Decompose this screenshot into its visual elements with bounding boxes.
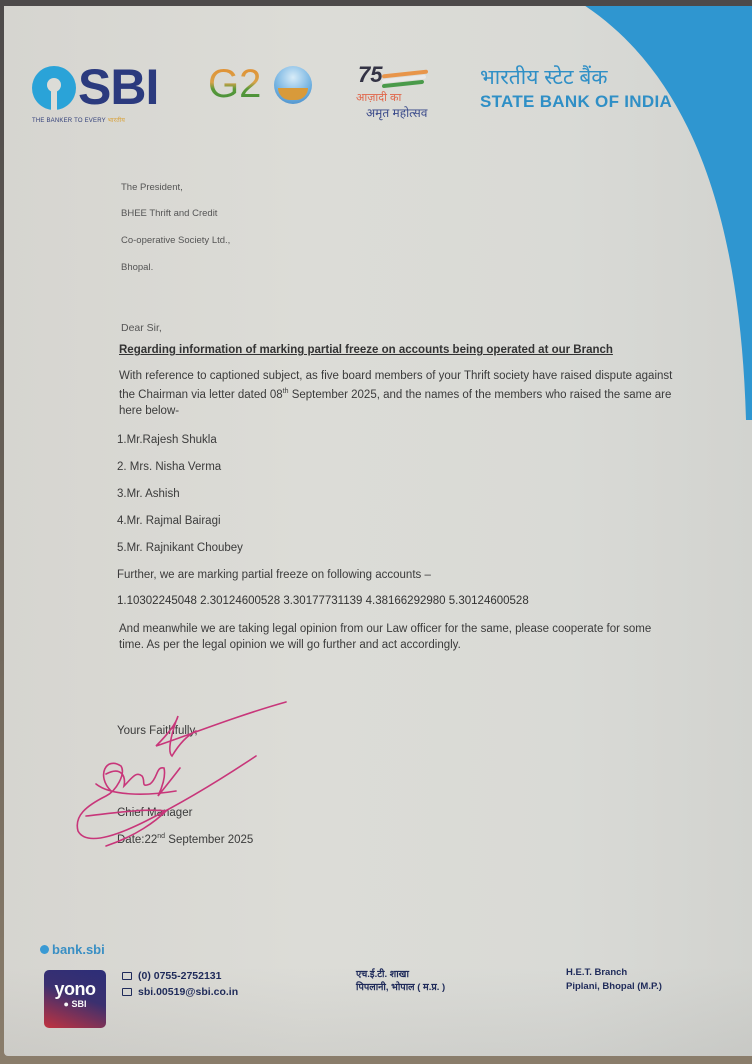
g20-wordmark: G2 <box>208 62 261 107</box>
member-item: 3.Mr. Ashish <box>117 488 180 500</box>
address-line: Bhopal. <box>121 262 153 273</box>
tricolor-flag-icon <box>382 72 432 86</box>
sbi-keyhole-icon <box>32 66 76 110</box>
letterhead: SBI THE BANKER TO EVERY भारतीय G2 75 आज़… <box>4 6 752 146</box>
account-number: 2.30124600528 <box>200 595 280 607</box>
azadi-75-number: 75 <box>358 62 382 88</box>
member-item: 2. Mrs. Nisha Verma <box>117 461 221 473</box>
address-line: BHEE Thrift and Credit <box>121 208 217 219</box>
account-number: 1.10302245048 <box>117 595 197 607</box>
azadi-ka-amrit-mahotsav-logo: 75 आज़ादी का अमृत महोत्सव <box>356 64 446 124</box>
account-list: 1.10302245048 2.30124600528 3.3017773113… <box>117 595 529 607</box>
globe-icon <box>40 945 49 954</box>
intro-paragraph: With reference to captioned subject, as … <box>119 368 679 419</box>
website-link[interactable]: bank.sbi <box>40 942 105 957</box>
account-number: 4.38166292980 <box>366 595 446 607</box>
azadi-line2: अमृत महोत्सव <box>366 104 427 121</box>
accounts-intro: Further, we are marking partial freeze o… <box>117 569 431 581</box>
sbi-tagline: THE BANKER TO EVERY भारतीय <box>32 116 125 124</box>
member-item: 5.Mr. Rajnikant Choubey <box>117 542 243 554</box>
g20-lotus-globe-icon <box>274 66 312 104</box>
g20-logo: G2 <box>208 66 318 126</box>
bank-name: भारतीय स्टेट बैंक STATE BANK OF INDIA <box>480 66 672 112</box>
account-number: 3.30177731139 <box>283 595 362 607</box>
address-line: The President, <box>121 182 183 193</box>
bank-name-hindi: भारतीय स्टेट बैंक <box>480 66 672 90</box>
sbi-wordmark: SBI <box>78 58 158 116</box>
letter-paper: SBI THE BANKER TO EVERY भारतीय G2 75 आज़… <box>4 6 752 1056</box>
account-number: 5.30124600528 <box>449 595 529 607</box>
azadi-line1: आज़ादी का <box>356 90 401 105</box>
salutation: Dear Sir, <box>121 322 162 334</box>
member-item: 1.Mr.Rajesh Shukla <box>117 434 217 446</box>
bank-name-english: STATE BANK OF INDIA <box>480 92 672 112</box>
paper-shadow <box>4 966 752 1056</box>
closing-paragraph: And meanwhile we are taking legal opinio… <box>119 621 679 653</box>
handwritten-signature <box>66 696 296 856</box>
address-line: Co-operative Society Ltd., <box>121 235 230 246</box>
member-item: 4.Mr. Rajmal Bairagi <box>117 515 221 527</box>
subject-line: Regarding information of marking partial… <box>119 344 613 356</box>
